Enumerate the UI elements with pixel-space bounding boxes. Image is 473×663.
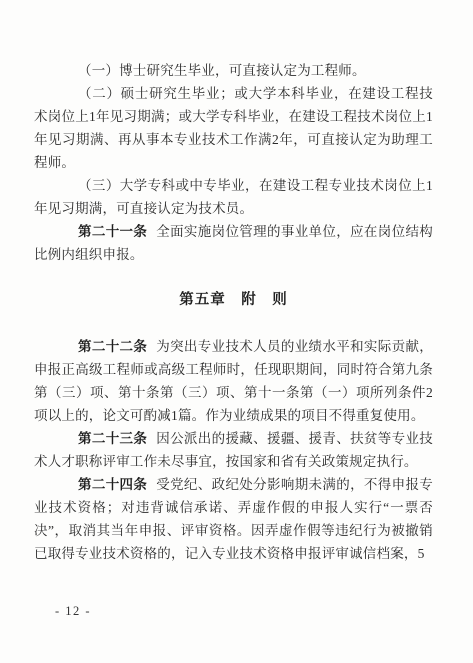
article-24-paragraph: 第二十四条受党纪、政纪处分影响期未满的，不得申报专业技术资格；对违背诚信承诺、弄… — [34, 473, 433, 565]
paragraph-text: （二）硕士研究生毕业；或大学本科毕业，在建设工程技术岗位上1年见习期满；或大学专… — [34, 86, 433, 170]
paragraph-text: （三）大学专科或中专毕业，在建设工程专业技术岗位上1年见习期满，可直接认定为技术… — [34, 178, 433, 216]
article-number: 第二十三条 — [78, 431, 147, 446]
list-item-3: （三）大学专科或中专毕业，在建设工程专业技术岗位上1年见习期满，可直接认定为技术… — [34, 174, 433, 220]
article-21-paragraph: 第二十一条全面实施岗位管理的事业单位，应在岗位结构比例内组织申报。 — [34, 220, 433, 266]
paragraph-text: （一）博士研究生毕业，可直接认定为工程师。 — [78, 63, 366, 78]
article-number: 第二十一条 — [78, 224, 147, 239]
article-number: 第二十二条 — [78, 339, 147, 354]
article-22-paragraph: 第二十二条为突出专业技术人员的业绩水平和实际贡献，申报正高级工程师或高级工程师时… — [34, 335, 433, 427]
document-page: （一）博士研究生毕业，可直接认定为工程师。 （二）硕士研究生毕业；或大学本科毕业… — [0, 0, 473, 663]
article-number: 第二十四条 — [78, 477, 147, 492]
chapter-heading: 第五章 附 则 — [34, 289, 433, 312]
article-23-paragraph: 第二十三条因公派出的援藏、援疆、援青、扶贫等专业技术人才职称评审工作未尽事宜，按… — [34, 427, 433, 473]
list-item-2: （二）硕士研究生毕业；或大学本科毕业，在建设工程技术岗位上1年见习期满；或大学专… — [34, 82, 433, 174]
list-item-1: （一）博士研究生毕业，可直接认定为工程师。 — [34, 59, 433, 82]
document-content: （一）博士研究生毕业，可直接认定为工程师。 （二）硕士研究生毕业；或大学本科毕业… — [0, 0, 473, 565]
page-number: - 12 - — [55, 604, 91, 619]
